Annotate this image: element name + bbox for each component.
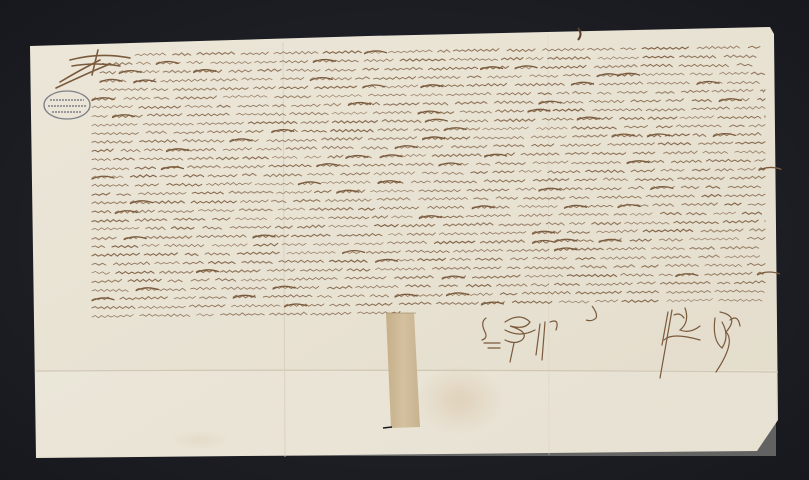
stain <box>415 365 505 435</box>
parchment-document <box>0 0 809 480</box>
photo-stage: A tous ceulx <box>0 0 809 480</box>
tape-strip <box>386 313 420 428</box>
